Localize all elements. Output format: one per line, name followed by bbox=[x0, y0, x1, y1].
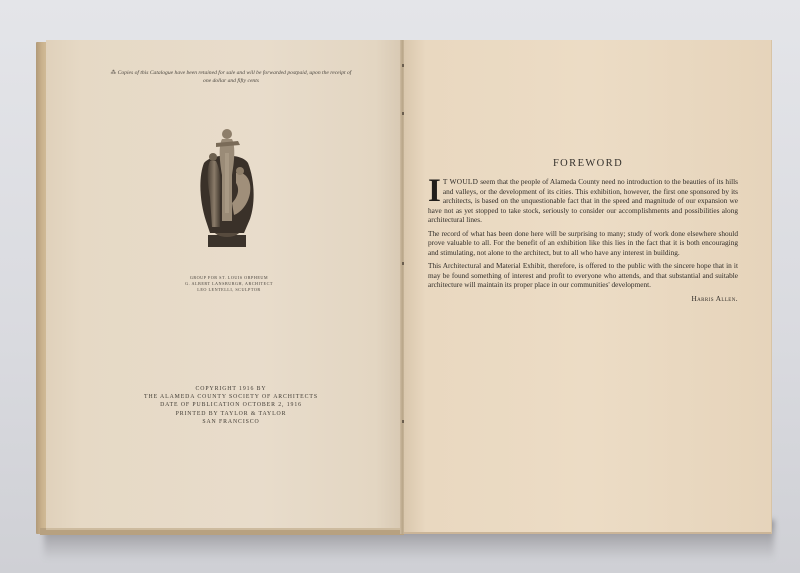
drop-cap: I bbox=[428, 178, 441, 205]
sale-notice: ⁂ Copies of this Catalogue have been ret… bbox=[106, 69, 356, 85]
colophon-line: Printed by Taylor & Taylor bbox=[106, 410, 356, 418]
right-page: FOREWORD IT WOULD seem that the people o… bbox=[404, 40, 772, 534]
foreword-body: IT WOULD seem that the people of Alameda… bbox=[428, 177, 738, 303]
colophon: Copyright 1916 by The Alameda County Soc… bbox=[106, 385, 356, 426]
colophon-line: San Francisco bbox=[106, 418, 356, 426]
left-page: ⁂ Copies of this Catalogue have been ret… bbox=[46, 40, 404, 530]
colophon-line: Date of Publication October 2, 1916 bbox=[106, 401, 356, 409]
colophon-line: The Alameda County Society of Architects bbox=[106, 393, 356, 401]
sculpture-group-icon bbox=[196, 123, 258, 249]
foreword-paragraph: This Architectural and Material Exhibit,… bbox=[428, 261, 738, 290]
plate-caption: Group for St. Louis Orpheum G. Albert La… bbox=[164, 275, 294, 294]
author-signature: Harris Allen. bbox=[428, 294, 738, 304]
lead-caps: T WOULD bbox=[443, 177, 478, 186]
colophon-line: Copyright 1916 by bbox=[106, 385, 356, 393]
caption-line: Leo Lentelli, Sculptor bbox=[164, 287, 294, 293]
sculpture-plate-image bbox=[196, 123, 258, 249]
photo-scene: ⁂ Copies of this Catalogue have been ret… bbox=[0, 0, 800, 573]
foreword-paragraph: The record of what has been done here wi… bbox=[428, 229, 738, 258]
foreword-paragraph: IT WOULD seem that the people of Alameda… bbox=[428, 177, 738, 225]
foreword-title: FOREWORD bbox=[404, 158, 772, 169]
